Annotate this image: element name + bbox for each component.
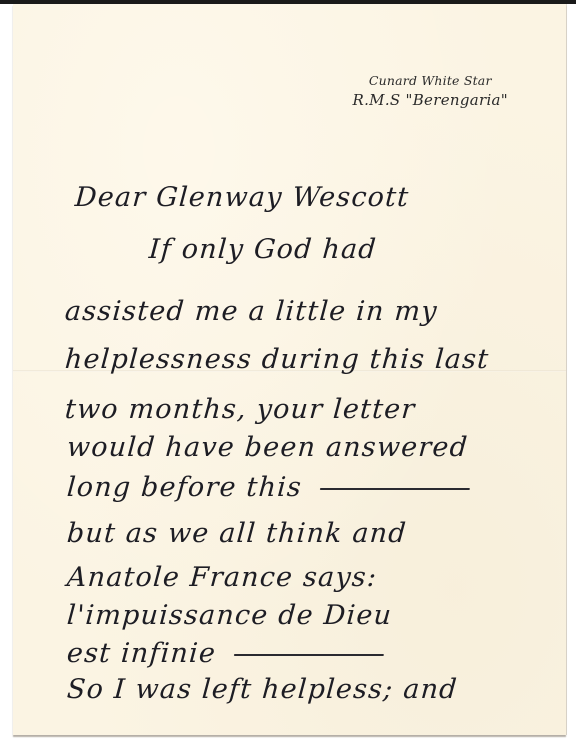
letter-line: l'impuissance de Dieu bbox=[66, 600, 393, 631]
letter-line: So I was left helpless; and bbox=[66, 674, 459, 705]
letter-line: but as we all think and bbox=[66, 518, 408, 549]
letter-line: assisted me a little in my bbox=[64, 296, 439, 327]
letter-line-with-dash: long before this bbox=[66, 472, 471, 503]
letter-line: If only God had bbox=[148, 234, 378, 265]
letter-line: would have been answered bbox=[66, 432, 469, 463]
dash-rule bbox=[320, 488, 470, 490]
letter-line-text: est infinie bbox=[66, 638, 217, 669]
letter-page: Cunard White Star R.M.S "Berengaria" Dea… bbox=[13, 4, 566, 735]
letterhead-ship-name: R.M.S "Berengaria" bbox=[353, 90, 509, 110]
letterhead-company: Cunard White Star bbox=[353, 72, 509, 90]
letter-line: Anatole France says: bbox=[66, 562, 378, 593]
letter-line-text: long before this bbox=[66, 472, 303, 503]
salutation: Dear Glenway Wescott bbox=[74, 182, 410, 213]
letter-line: two months, your letter bbox=[64, 394, 417, 425]
dash-rule bbox=[234, 654, 384, 656]
letter-line: helplessness during this last bbox=[64, 344, 490, 375]
letter-line-with-dash: est infinie bbox=[66, 638, 385, 669]
letterhead: Cunard White Star R.M.S "Berengaria" bbox=[353, 72, 509, 110]
